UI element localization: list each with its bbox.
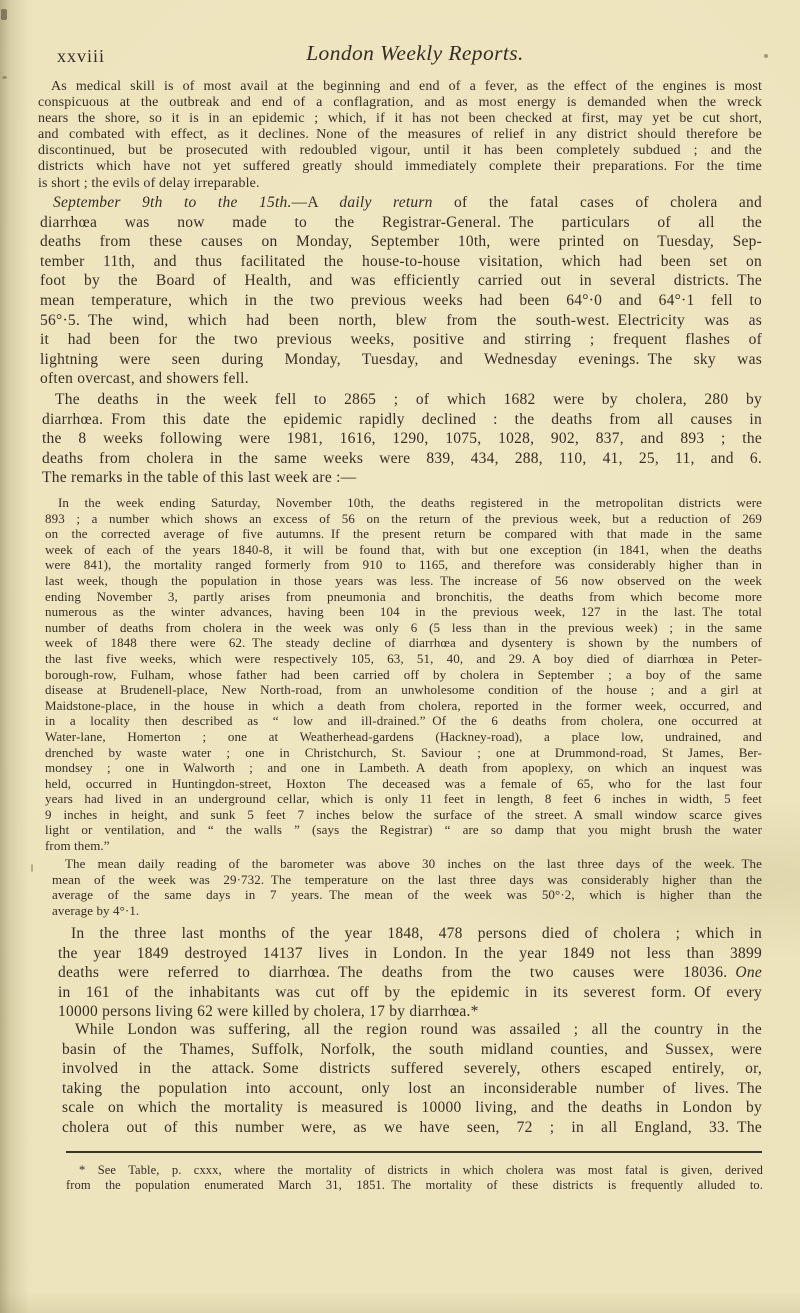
text-line: The deaths in the week fell to 2865 ; of… bbox=[42, 390, 762, 410]
paragraph-year-totals: In the three last months of the year 184… bbox=[58, 924, 762, 1022]
text-line: drenched by waste water ; one in Christc… bbox=[45, 745, 762, 761]
text-line: The mean daily reading of the barometer … bbox=[52, 856, 762, 872]
text-line: last week, though the population in thos… bbox=[45, 573, 762, 589]
text-line: Water-lane, Homerton ; one at Weatherhea… bbox=[45, 729, 762, 745]
text-line: numerous as the winter advances, having … bbox=[45, 604, 762, 620]
text-line: average of the same days in 7 years. The… bbox=[52, 887, 762, 903]
text-line: cholera out of this number were, as we h… bbox=[62, 1118, 762, 1138]
ink-speck bbox=[1, 9, 7, 20]
text-line: conspicuous at the outbreak and end of a… bbox=[38, 95, 762, 111]
italic-text-run: daily return bbox=[339, 194, 432, 211]
text-line: deaths from these causes on Monday, Sept… bbox=[40, 232, 762, 252]
text-line: diarrhœa. From this date the epidemic ra… bbox=[42, 410, 762, 430]
text-line: scale on which the mortality is measured… bbox=[62, 1098, 762, 1118]
text-line: years had lived in an underground cellar… bbox=[45, 791, 762, 807]
text-line: the 8 weeks following were 1981, 1616, 1… bbox=[42, 429, 762, 449]
text-line: is short ; the evils of delay irreparabl… bbox=[38, 176, 762, 192]
text-line: As medical skill is of most avail at the… bbox=[38, 79, 762, 95]
text-line: mean temperature, which in the two previ… bbox=[40, 291, 762, 311]
text-line: in 161 of the inhabitants was cut off by… bbox=[58, 983, 762, 1003]
text-line: September 9th to the 15th.—A daily retur… bbox=[40, 193, 762, 213]
text-line: mean of the week was 29·732. The tempera… bbox=[52, 872, 762, 888]
text-run: deaths were referred to diarrhœa. The de… bbox=[58, 964, 735, 981]
text-line: districts which have not yet suffered gr… bbox=[38, 159, 762, 175]
scanned-book-page: xxviii London Weekly Reports. As medical… bbox=[0, 0, 800, 1313]
text-line: deaths were referred to diarrhœa. The de… bbox=[58, 963, 762, 983]
text-line: discontinued, but be prosecuted with red… bbox=[38, 143, 762, 159]
paragraph-intro: As medical skill is of most avail at the… bbox=[38, 79, 762, 192]
text-line: * See Table, p. cxxx, where the mortalit… bbox=[66, 1163, 763, 1178]
paragraph-weekly-table-extract: In the week ending Saturday, November 10… bbox=[45, 495, 762, 854]
text-line: were 841), the mortality ranged formerly… bbox=[45, 557, 762, 573]
text-line: often overcast, and showers fell. bbox=[40, 369, 762, 389]
paragraph-weekly-deaths: The deaths in the week fell to 2865 ; of… bbox=[42, 390, 762, 488]
text-line: week of 1848 there were 62. The steady d… bbox=[45, 635, 762, 651]
text-line: held, occurred in Huntingdon-street, Hox… bbox=[45, 776, 762, 792]
text-line: week of each of the years 1840-8, it wil… bbox=[45, 542, 762, 558]
text-line: involved in the attack. Some districts s… bbox=[62, 1059, 762, 1079]
text-line: ending November 3, partly arises from pn… bbox=[45, 589, 762, 605]
italic-text-run: September 9th to the 15th. bbox=[53, 194, 292, 211]
paragraph-regional-spread: While London was suffering, all the regi… bbox=[62, 1020, 762, 1138]
text-line: and combated with effect, as it declines… bbox=[38, 127, 762, 143]
text-line: 9 inches in height, and sunk 5 feet 7 in… bbox=[45, 807, 762, 823]
text-line: it had been for the two previous weeks, … bbox=[40, 330, 762, 350]
text-line: In the week ending Saturday, November 10… bbox=[45, 495, 762, 511]
italic-text-run: One bbox=[735, 964, 762, 981]
text-line: the year 1849 destroyed 14137 lives in L… bbox=[58, 944, 762, 964]
text-line: 56°·5. The wind, which had been north, b… bbox=[40, 311, 762, 331]
text-line: on the corrected average of five autumns… bbox=[45, 526, 762, 542]
text-line: lightning were seen during Monday, Tuesd… bbox=[40, 350, 762, 370]
text-line: taking the population into account, only… bbox=[62, 1079, 762, 1099]
text-line: number of deaths from cholera in the wee… bbox=[45, 620, 762, 636]
text-line: borough-row, Fulham, whose father had be… bbox=[45, 667, 762, 683]
text-line: tember 11th, and thus facilitated the ho… bbox=[40, 252, 762, 272]
text-line: diarrhœa was now made to the Registrar-G… bbox=[40, 213, 762, 233]
text-line: light or ventilation, and “ the walls ” … bbox=[45, 822, 762, 838]
text-run: —A bbox=[292, 194, 340, 211]
text-line: basin of the Thames, Suffolk, Norfolk, t… bbox=[62, 1040, 762, 1060]
footnote-rule bbox=[66, 1151, 762, 1153]
text-line: foot by the Board of Health, and was eff… bbox=[40, 271, 762, 291]
text-line: While London was suffering, all the regi… bbox=[62, 1020, 762, 1040]
text-line: disease at Brudenell-place, New North-ro… bbox=[45, 682, 762, 698]
text-line: nears the shore, so it is in an epidemic… bbox=[38, 111, 762, 127]
text-line: the last five weeks, which were respecti… bbox=[45, 651, 762, 667]
text-line: Maidstone-place, in the house in which a… bbox=[45, 698, 762, 714]
text-line: In the three last months of the year 184… bbox=[58, 924, 762, 944]
ink-speck bbox=[764, 54, 768, 58]
text-line: from the population enumerated March 31,… bbox=[66, 1178, 763, 1193]
ink-speck bbox=[31, 864, 33, 872]
footnote: * See Table, p. cxxx, where the mortalit… bbox=[66, 1163, 763, 1192]
text-run: of the fatal cases of cholera and bbox=[433, 194, 762, 211]
text-line: from them.” bbox=[45, 838, 762, 854]
text-line: average by 4°·1. bbox=[52, 903, 762, 919]
text-line: 893 ; a number which shows an excess of … bbox=[45, 511, 762, 527]
text-line: The remarks in the table of this last we… bbox=[42, 468, 762, 488]
ink-speck bbox=[2, 76, 7, 79]
text-line: deaths from cholera in the same weeks we… bbox=[42, 449, 762, 469]
text-line: mondsey ; one in Walworth ; and one in L… bbox=[45, 760, 762, 776]
paragraph-barometer: The mean daily reading of the barometer … bbox=[52, 856, 762, 918]
running-title: London Weekly Reports. bbox=[30, 41, 800, 66]
text-line: in a locality then described as “ low an… bbox=[45, 713, 762, 729]
paragraph-september-9th-to-15th: September 9th to the 15th.—A daily retur… bbox=[40, 193, 762, 389]
